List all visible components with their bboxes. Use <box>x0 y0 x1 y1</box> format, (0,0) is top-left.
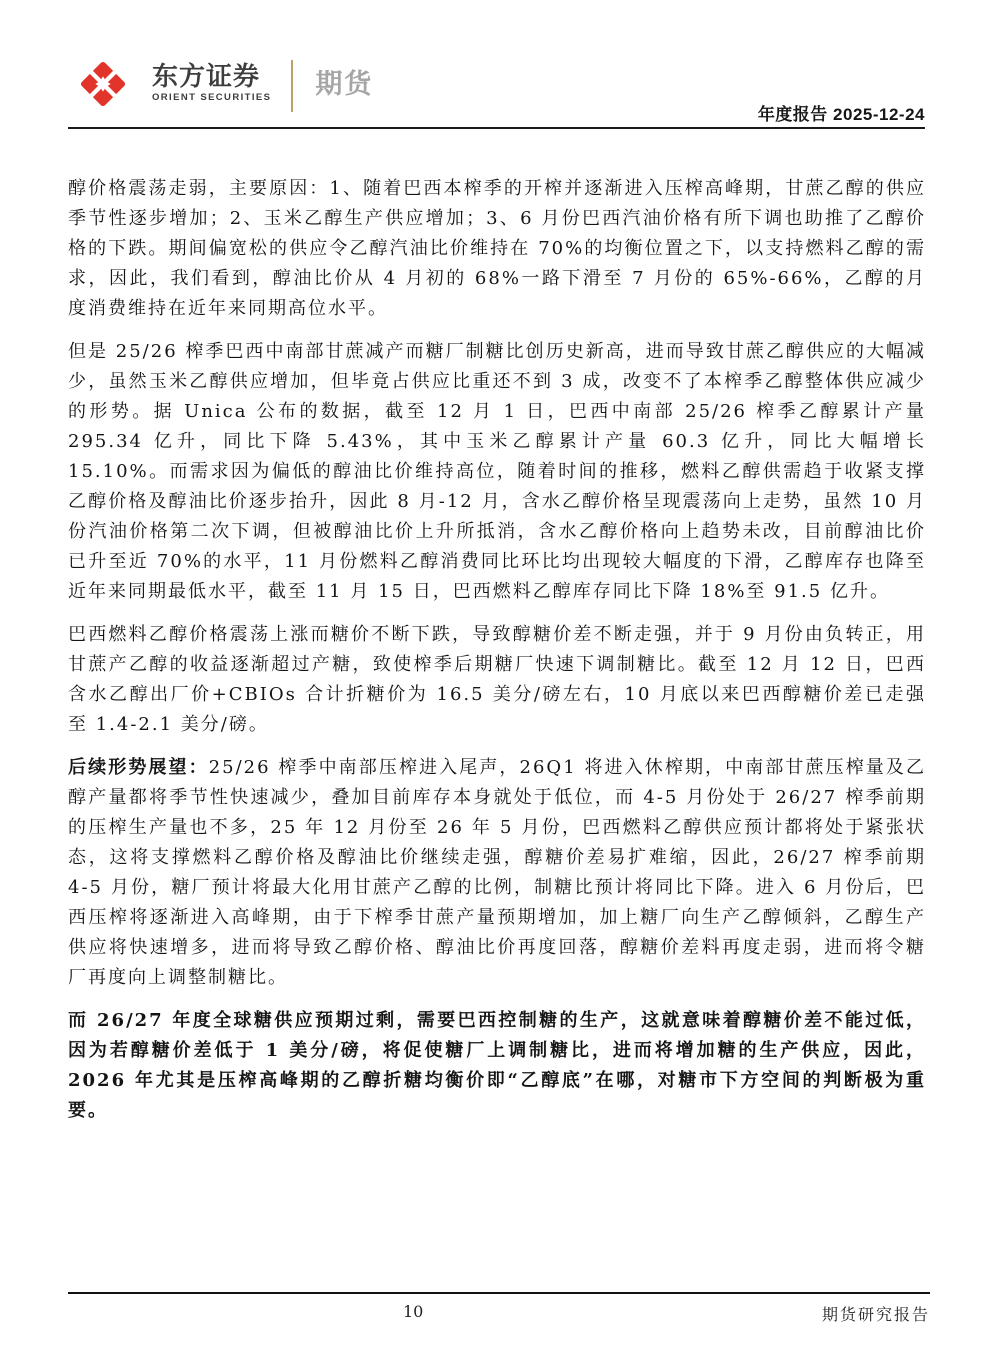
report-page: 东方证券 ORIENT SECURITIES 期货 年度报告 2025-12-2… <box>0 0 992 1347</box>
paragraph-ethanol-sugar-spread: 巴西燃料乙醇价格震荡上涨而糖价不断下跌，导致醇糖价差不断走强，并于 9 月份由负… <box>68 620 926 740</box>
paragraph-ethanol-price-weakness: 醇价格震荡走弱，主要原因：1、随着巴西本榨季的开榨并逐渐进入压榨高峰期，甘蔗乙醇… <box>68 174 926 324</box>
report-type-and-date: 年度报告 2025-12-24 <box>758 100 925 125</box>
brand-text: 东方证券 ORIENT SECURITIES <box>152 61 271 105</box>
footer-report-label: 期货研究报告 <box>822 1302 930 1325</box>
paragraph-supply-demand-analysis: 但是 25/26 榨季巴西中南部甘蔗减产而糖厂制糖比创历史新高，进而导致甘蔗乙醇… <box>68 337 926 607</box>
brand-name-cn: 东方证券 <box>152 61 271 91</box>
brand-name-en: ORIENT SECURITIES <box>152 91 271 105</box>
paragraph-text: 而 26/27 年度全球糖供应预期过剩，需要巴西控制糖的生产，这就意味着醇糖价差… <box>68 1010 926 1121</box>
paragraph-text: 巴西燃料乙醇价格震荡上涨而糖价不断下跌，导致醇糖价差不断走强，并于 9 月份由负… <box>68 624 926 735</box>
paragraph-text: 醇价格震荡走弱，主要原因：1、随着巴西本榨季的开榨并逐渐进入压榨高峰期，甘蔗乙醇… <box>68 178 926 319</box>
paragraph-text: 但是 25/26 榨季巴西中南部甘蔗减产而糖厂制糖比创历史新高，进而导致甘蔗乙醇… <box>68 341 926 602</box>
paragraph-outlook: 后续形势展望：25/26 榨季中南部压榨进入尾声，26Q1 将进入休榨期，中南部… <box>68 753 926 993</box>
page-number: 10 <box>403 1302 423 1321</box>
orient-securities-logo-icon <box>80 61 126 107</box>
paragraph-conclusion-bold: 而 26/27 年度全球糖供应预期过剩，需要巴西控制糖的生产，这就意味着醇糖价差… <box>68 1006 926 1126</box>
paragraph-text: 25/26 榨季中南部压榨进入尾声，26Q1 将进入休榨期，中南部甘蔗压榨量及乙… <box>68 757 926 988</box>
footer-rule <box>68 1292 930 1294</box>
paragraph-lead-label: 后续形势展望： <box>68 757 209 778</box>
document-body: 醇价格震荡走弱，主要原因：1、随着巴西本榨季的开榨并逐渐进入压榨高峰期，甘蔗乙醇… <box>68 174 926 1139</box>
division-label: 期货 <box>315 69 373 99</box>
header-rule <box>68 127 925 129</box>
brand-divider <box>291 60 293 112</box>
